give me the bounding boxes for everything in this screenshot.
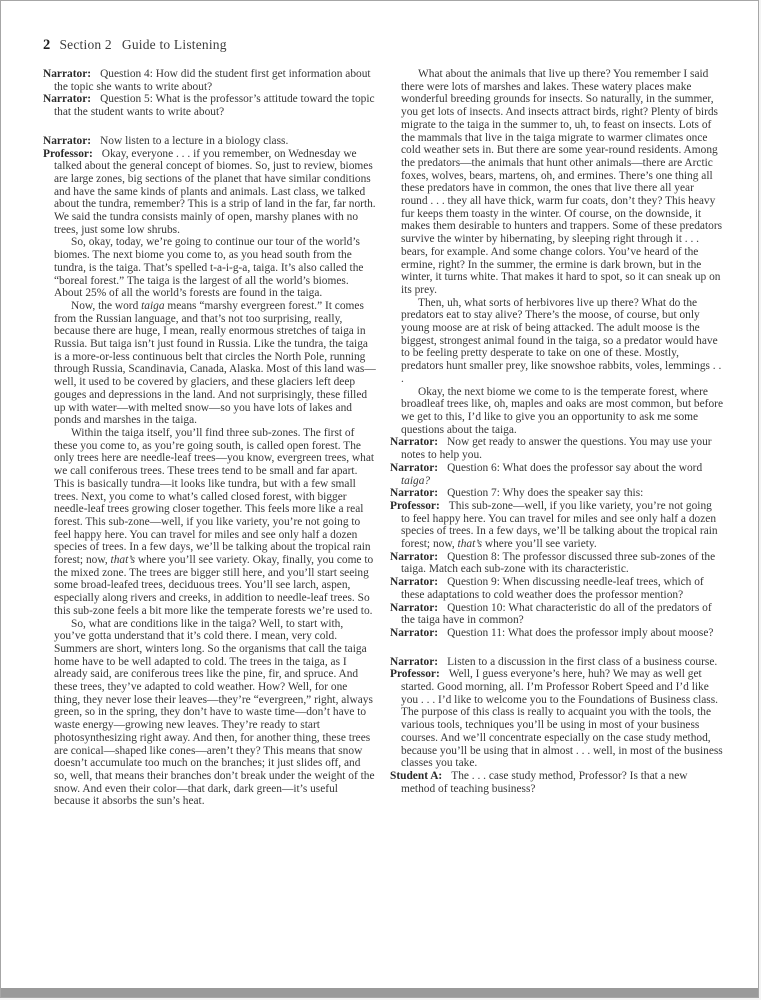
- transcript-text: Now, the word: [71, 300, 141, 312]
- transcript-entry: Narrator:Now listen to a lecture in a bi…: [43, 135, 376, 148]
- transcript-text: Listen to a discussion in the first clas…: [447, 656, 717, 668]
- speaker-label: Narrator:: [390, 627, 438, 639]
- transcript-text: Well, I guess everyone’s here, huh? We m…: [401, 668, 723, 769]
- transcript-paragraph: So, okay, today, we’re going to continue…: [43, 236, 376, 300]
- transcript-entry: Narrator:Question 9: When discussing nee…: [390, 576, 723, 601]
- transcript-text: Now listen to a lecture in a biology cla…: [100, 135, 288, 147]
- speaker-label: Professor:: [43, 148, 93, 160]
- page-header: 2Section 2Guide to Listening: [43, 37, 227, 54]
- transcript-entry: Professor:This sub-zone—well, if you lik…: [390, 500, 723, 551]
- transcript-text: Okay, everyone . . . if you remember, on…: [54, 148, 376, 236]
- transcript-text: Question 7: Why does the speaker say thi…: [447, 487, 643, 499]
- transcript-paragraph: Then, uh, what sorts of herbivores live …: [390, 297, 723, 386]
- transcript-text: Then, uh, what sorts of herbivores live …: [401, 297, 721, 385]
- emphasized-text: that’s: [458, 538, 482, 550]
- paragraph-gap: [43, 119, 376, 135]
- transcript-entry: Narrator:Now get ready to answer the que…: [390, 436, 723, 461]
- transcript-text: Now get ready to answer the questions. Y…: [401, 436, 712, 461]
- transcript-entry: Narrator:Question 6: What does the profe…: [390, 462, 723, 487]
- paragraph-gap: [390, 640, 723, 656]
- speaker-label: Narrator:: [390, 462, 438, 474]
- transcript-column-left: Narrator:Question 4: How did the student…: [43, 68, 376, 808]
- transcript-text: Question 8: The professor discussed thre…: [401, 551, 715, 576]
- emphasized-text: that’s: [111, 554, 135, 566]
- transcript-text: Question 9: When discussing needle-leaf …: [401, 576, 704, 601]
- speaker-label: Narrator:: [43, 135, 91, 147]
- speaker-label: Professor:: [390, 500, 440, 512]
- speaker-label: Narrator:: [390, 576, 438, 588]
- book-page: 2Section 2Guide to Listening Narrator:Qu…: [0, 0, 759, 998]
- speaker-label: Professor:: [390, 668, 440, 680]
- transcript-entry: Narrator:Listen to a discussion in the f…: [390, 656, 723, 669]
- transcript-entry: Student A:The . . . case study method, P…: [390, 770, 723, 795]
- header-title: Guide to Listening: [122, 37, 227, 52]
- speaker-label: Narrator:: [43, 93, 91, 105]
- transcript-entry: Professor:Well, I guess everyone’s here,…: [390, 668, 723, 770]
- transcript-entry: Narrator:Question 5: What is the profess…: [43, 93, 376, 118]
- transcript-entry: Narrator:Question 4: How did the student…: [43, 68, 376, 93]
- transcript-paragraph: Now, the word taiga means “marshy evergr…: [43, 300, 376, 427]
- transcript-paragraph: Okay, the next biome we come to is the t…: [390, 386, 723, 437]
- speaker-label: Narrator:: [43, 68, 91, 80]
- emphasized-text: taiga?: [401, 475, 430, 487]
- transcript-paragraph: What about the animals that live up ther…: [390, 68, 723, 297]
- emphasized-text: taiga: [141, 300, 164, 312]
- transcript-text: means “marshy evergreen forest.” It come…: [54, 300, 376, 426]
- page-number: 2: [43, 37, 50, 53]
- transcript-text: Within the taiga itself, you’ll find thr…: [54, 427, 374, 566]
- transcript-text: What about the animals that live up ther…: [401, 68, 722, 296]
- speaker-label: Narrator:: [390, 656, 438, 668]
- transcript-text: where you’ll see variety.: [482, 538, 597, 550]
- transcript-entry: Narrator:Question 8: The professor discu…: [390, 551, 723, 576]
- transcript-text: Question 4: How did the student first ge…: [54, 68, 371, 93]
- transcript-text: The . . . case study method, Professor? …: [401, 770, 688, 795]
- transcript-paragraph: Within the taiga itself, you’ll find thr…: [43, 427, 376, 618]
- transcript-text: Question 5: What is the professor’s atti…: [54, 93, 375, 118]
- transcript-entry: Narrator:Question 10: What characteristi…: [390, 602, 723, 627]
- transcript-entry: Narrator:Question 7: Why does the speake…: [390, 487, 723, 500]
- speaker-label: Student A:: [390, 770, 442, 782]
- speaker-label: Narrator:: [390, 551, 438, 563]
- transcript-text: Question 11: What does the professor imp…: [447, 627, 713, 639]
- speaker-label: Narrator:: [390, 436, 438, 448]
- transcript-text: Question 6: What does the professor say …: [447, 462, 702, 474]
- speaker-label: Narrator:: [390, 487, 438, 499]
- transcript-text: So, okay, today, we’re going to continue…: [54, 236, 363, 299]
- speaker-label: Narrator:: [390, 602, 438, 614]
- transcript-entry: Professor:Okay, everyone . . . if you re…: [43, 148, 376, 237]
- section-label: Section 2: [59, 37, 111, 52]
- transcript-column-right: What about the animals that live up ther…: [390, 68, 723, 795]
- transcript-entry: Narrator:Question 11: What does the prof…: [390, 627, 723, 640]
- page-bottom-edge: [1, 988, 758, 997]
- transcript-text: Okay, the next biome we come to is the t…: [401, 386, 723, 436]
- transcript-text: So, what are conditions like in the taig…: [54, 618, 375, 808]
- transcript-text: Question 10: What characteristic do all …: [401, 602, 712, 627]
- transcript-paragraph: So, what are conditions like in the taig…: [43, 618, 376, 809]
